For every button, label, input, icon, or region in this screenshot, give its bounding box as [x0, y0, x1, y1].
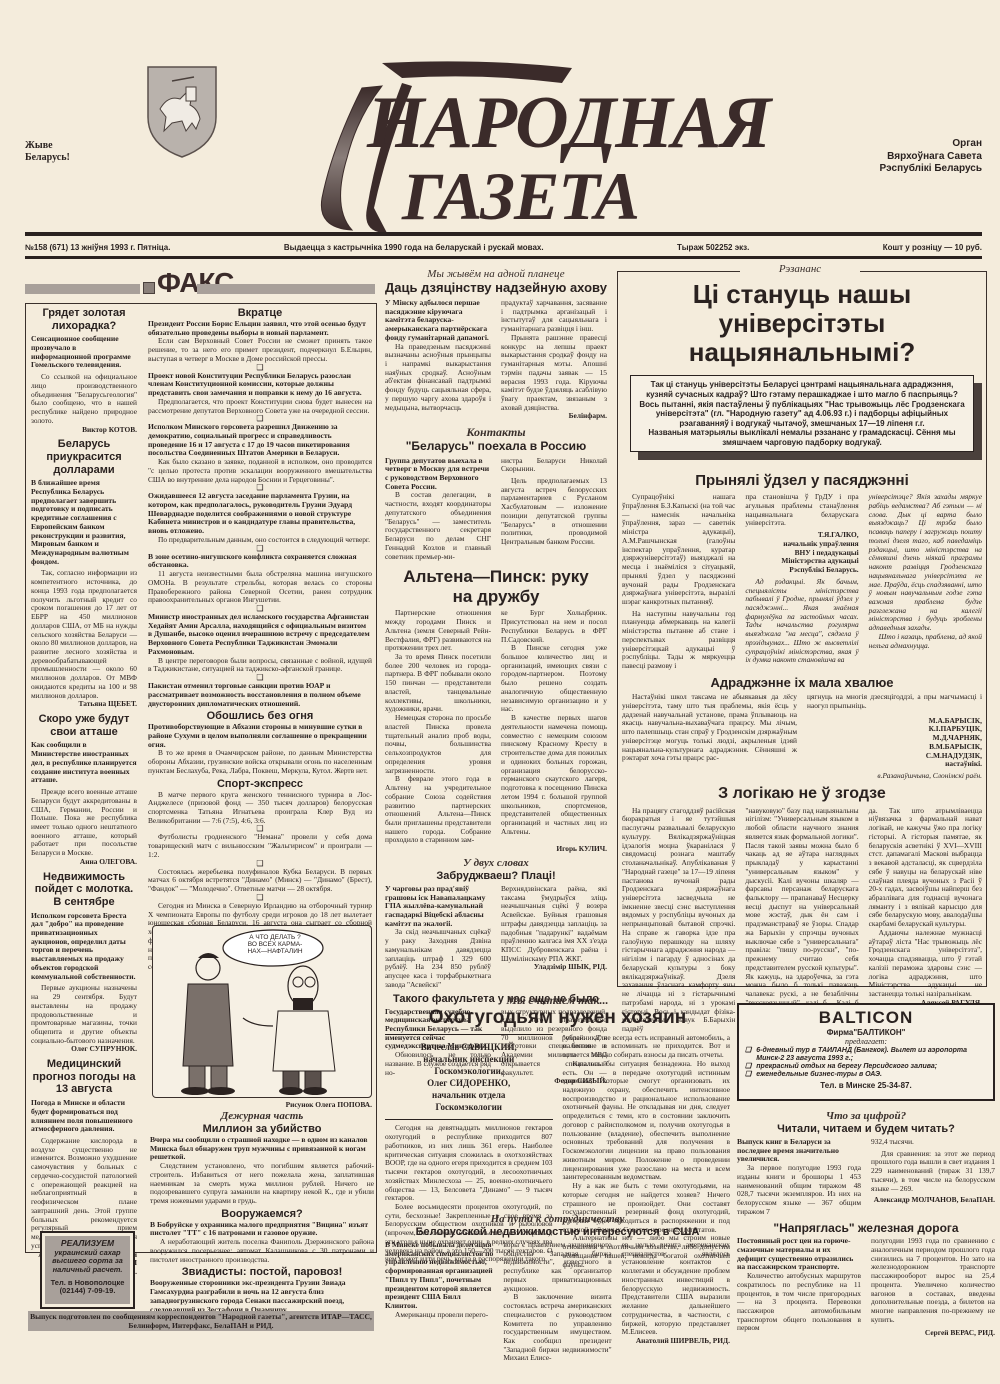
- circulation: Тыраж 502252 экз.: [677, 243, 749, 252]
- cartoon: А ЧТО ДЕЛАТЬ ? ВО ВСЕХ КАРМА- НАХ—НАФТАЛ…: [152, 925, 372, 1098]
- masthead-title: НАРОДНАЯ ГАЗЕТА: [262, 58, 822, 228]
- fax-article: Скоро уже будут свои атташе Как сообщили…: [31, 713, 137, 866]
- masthead-motto: Жыве Беларусь!: [25, 140, 70, 164]
- news-item: Ожидавшееся 12 августа заседание парламе…: [148, 492, 372, 544]
- resonance-section: Ці стануць нашы універсітэты нацыянальны…: [622, 280, 982, 1043]
- checkbox-icon: ❑: [745, 1047, 751, 1063]
- price: Кошт у розніцу — 10 руб.: [883, 243, 982, 252]
- fax-banner-title: ФАКС: [157, 266, 233, 299]
- list-item: ❑6-дневный тур в ТАИЛАНД (Бангкок). Выле…: [745, 1047, 987, 1063]
- masthead-organ: Орган Вярхоўнага Савета Рэспублікі Белар…: [879, 138, 982, 176]
- fax-article: Грядет золотая лихорадка? Сенсационное с…: [31, 307, 137, 434]
- resonance-intro: Так ці стануць універсітэты Беларусі цэн…: [630, 375, 974, 452]
- article-books: Что за цифрой? Читали, читаем и будем чи…: [737, 1110, 995, 1217]
- list-item: ❑еженедельные бизнес-туры в ОАЭ.: [745, 1071, 987, 1079]
- fax-left-column: Грядет золотая лихорадка? Сенсационное с…: [31, 307, 137, 1277]
- balticon-logo: BALTICON: [745, 1008, 987, 1028]
- coat-of-arms-icon: [146, 65, 218, 159]
- article-railway: "Напряглась" железная дорога Постоянный …: [737, 1221, 995, 1337]
- resonance-kicker: Рэзананс: [740, 263, 860, 276]
- fax-footer: Выпуск подготовлен по сообщениям корресп…: [28, 1311, 374, 1331]
- issue-number: №158 (671) 13 жніўня 1993 г. Пятніца.: [25, 243, 170, 252]
- news-item: Пакистан отменил торговые санкции против…: [148, 682, 372, 708]
- middle-column: Мы жывём на адной планеце Даць дзяцінств…: [385, 268, 607, 1086]
- sugar-ad: РЕАЛИЗУЕМ украинский сахар высшего сорта…: [40, 1231, 135, 1309]
- article-altena: Альтена—Пинск: руку на дружбу Партнерски…: [385, 567, 607, 854]
- resonance-title: Ці стануць нашы універсітэты нацыянальны…: [622, 280, 982, 367]
- fax-vkratce: Вкратце Президент России Борис Ельцин за…: [148, 307, 372, 972]
- fax-diamond-icon: [143, 282, 155, 294]
- article-usa: На пути к сотрудничеству Белорусской нед…: [385, 1213, 730, 1363]
- balticon-ad: BALTICON Фирма"БАЛТИКОН" предлагает: ❑6-…: [737, 1003, 995, 1101]
- fax-article: Беларусь приукрасится долларами В ближай…: [31, 438, 137, 709]
- article-contacts: Контакты "Беларусь" поехала в Россию Гру…: [385, 425, 607, 561]
- news-item: Президент России Борис Ельцин заявил, чт…: [148, 320, 372, 364]
- news-item: Министр иностранных дел исламского госуд…: [148, 613, 372, 674]
- masthead: Жыве Беларусь! НАРОДНАЯ ГАЗЕТА Орган Вяр…: [0, 0, 1000, 235]
- news-item: Исполком Минского горсовета разрешил Дви…: [148, 423, 372, 484]
- news-item: В зоне осетино-ингушского конфликта сохр…: [148, 553, 372, 605]
- publication-note: Выдаецца з кастрычніка 1990 года на бела…: [284, 243, 544, 252]
- checkbox-icon: ❑: [745, 1063, 751, 1071]
- info-rule: [25, 256, 982, 259]
- checkbox-icon: ❑: [745, 1071, 751, 1079]
- hunting-authors: Вячеслав САВИЦКИЙ, начальник инспекции Г…: [385, 1034, 553, 1121]
- news-item: Проект новой Конституции Республики Бела…: [148, 372, 372, 416]
- article-revival: Адраджэнне іх мала хвалюе Настаўнікі шко…: [622, 675, 982, 781]
- fax-banner-bar-left: [25, 284, 140, 294]
- duty-section: Дежурная часть Миллион за убийство Вчера…: [150, 1110, 374, 1332]
- article-took-part: Прынялі ўдзел у пасяджэнні Супрацоўнікі …: [622, 472, 982, 670]
- article-two-words: У двух словах Забруджваеш? Плаці! У чарг…: [385, 857, 607, 990]
- fax-article: Недвижимость пойдет с молотка. В сентябр…: [31, 871, 137, 1055]
- info-line: №158 (671) 13 жніўня 1993 г. Пятніца. Вы…: [25, 243, 982, 252]
- cartoon-speech: А ЧТО ДЕЛАТЬ ? ВО ВСЕХ КАРМА- НАХ—НАФТАЛ…: [235, 934, 315, 955]
- masthead-rule: [25, 232, 982, 236]
- article-planet: Мы жывём на адной планеце Даць дзяцінств…: [385, 268, 607, 421]
- fax-banner: ФАКС: [25, 264, 375, 300]
- list-item: ❑прекрасный отдых на берегу Персидского …: [745, 1063, 987, 1071]
- fax-banner-bar-right: [197, 284, 375, 294]
- cartoon-credit: Рисунок Олега ПОПОВА.: [152, 1101, 372, 1110]
